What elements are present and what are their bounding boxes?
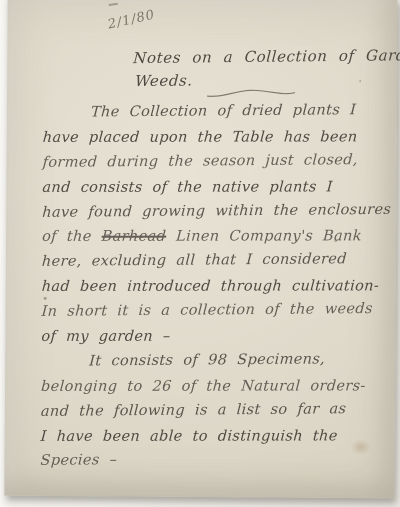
manuscript-line: and consists of the native plants I	[42, 175, 400, 200]
manuscript-scan: 2/1/80 Notes on a Collection of Garden W…	[0, 0, 400, 507]
manuscript-line: The Collection of dried plants I	[42, 98, 400, 126]
line-segment: of the	[42, 229, 103, 245]
manuscript-body: The Collection of dried plants I have pl…	[40, 101, 399, 477]
manuscript-line: here, excluding all that I considered	[41, 247, 399, 275]
document-title-line2: Weeds.	[135, 71, 194, 90]
paper-speck	[359, 80, 361, 82]
paper-speck	[334, 240, 337, 242]
line-segment: Linen Company's Bank	[166, 229, 363, 245]
paper-speck	[44, 297, 47, 300]
title-underline-flourish	[205, 87, 297, 100]
pencil-date-note: 2/1/80	[107, 7, 157, 32]
document-title-line1: Notes on a Collection of Garden	[133, 46, 400, 67]
paper-sheet: 2/1/80 Notes on a Collection of Garden W…	[4, 0, 397, 498]
manuscript-line: and the following is a list so far as	[40, 396, 398, 424]
manuscript-line: had been introduced through cultivation-	[41, 275, 399, 300]
manuscript-line: have placed upon the Table has been	[42, 125, 400, 150]
manuscript-line: Species –	[40, 446, 398, 474]
pencil-dash-mark	[109, 3, 118, 6]
manuscript-line: belonging to 26 of the Natural orders-	[40, 374, 398, 399]
manuscript-line: have found growing within the enclosures	[41, 197, 399, 225]
manuscript-line: In short it is a collection of the weeds	[41, 297, 399, 325]
paper-stain	[347, 436, 375, 458]
struck-out-word: Barhead	[101, 229, 167, 245]
manuscript-line: of my garden –	[41, 324, 399, 349]
manuscript-line: formed during the season just closed,	[42, 148, 400, 176]
manuscript-line: It consists of 98 Specimens,	[40, 347, 398, 375]
